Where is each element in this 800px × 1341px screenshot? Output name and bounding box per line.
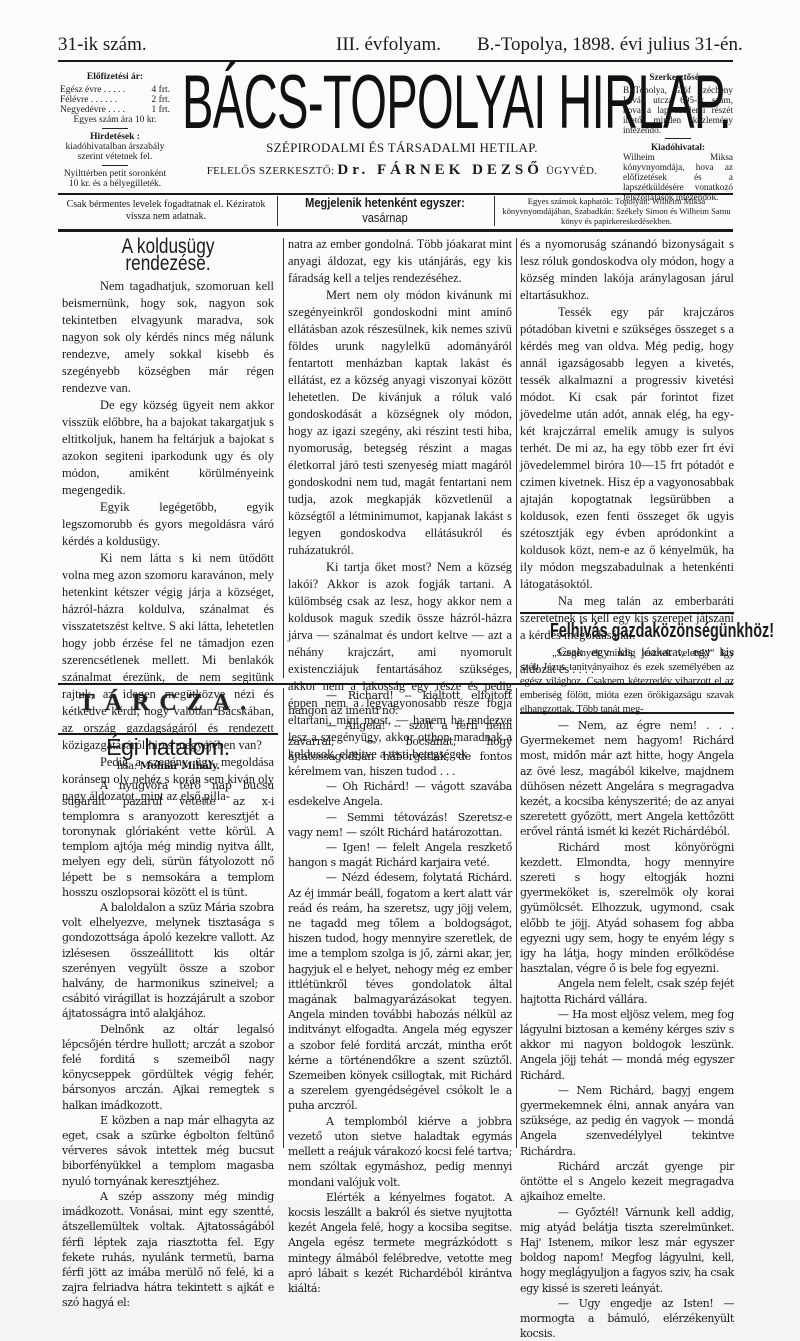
subscription-box: Előfizetési ár: Egész évre . . . . .4 fr… [60, 72, 170, 189]
masthead-title: BÁCS-TOPOLYAI HIRLAP. [182, 68, 449, 138]
story-paragraph: Angela nem felelt, csak szép fejét hajto… [520, 976, 734, 1006]
frequency-day: vasárnap [296, 210, 475, 225]
story-paragraph: A szép asszony még mindig imádkozott. Vo… [62, 1189, 274, 1200]
article-paragraph: Egyik legégetőbb, egyik legszomorubb és … [62, 499, 274, 550]
editor-title: ÜGYVÉD. [546, 165, 597, 177]
story-paragraph: — Nézd édesem, folytatá Richárd. Az éj i… [288, 870, 512, 1113]
publisher-title: Kiadóhivatal: [623, 142, 733, 152]
newspaper-page: 31-ik szám. III. évfolyam. B.-Topolya, 1… [0, 0, 800, 1200]
story-paragraph: — Oh Richárd! — vágott szavába esdekelve… [288, 779, 512, 809]
volume: III. évfolyam. [336, 34, 441, 56]
byline: Irta: Molnár Mihály. [62, 759, 274, 774]
fee-label: Negyedévre . . . . [60, 105, 125, 115]
fee-row: Félévre . . . . . .2 frt. [60, 95, 170, 105]
article-column-1: A koldusügy rendezése. Nem tagadhatjuk, … [62, 238, 274, 805]
editorial-text: B.-Topolya, Gróf Szécheny István utcza 6… [623, 85, 733, 135]
feuilleton-top-rule [58, 683, 733, 685]
story-paragraph: — Semmi tétovázás! Szeretsz-e vagy nem! … [288, 810, 512, 840]
editorial-title: Szerkesztőség: [623, 72, 733, 82]
article-paragraph: Mert nem oly módon kivánunk mi szegényei… [288, 287, 512, 559]
fee-price: 1 frt. [152, 105, 170, 115]
column-divider [516, 688, 517, 1148]
date-place: B.-Topolya, 1898. évi julius 31-én. [477, 34, 743, 56]
fee-label: Félévre . . . . . . [60, 95, 117, 105]
story-paragraph: — Nem, az égre nem! . . . Gyermekemet ne… [520, 718, 734, 840]
editor-label: FELELŐS SZERKESZTŐ: [207, 165, 335, 177]
byline-label: Irta: [117, 761, 137, 772]
column-divider [283, 688, 284, 1148]
feuilleton-column-3: — Nem, az égre nem! . . . Gyermekemet ne… [520, 718, 734, 1200]
story-paragraph: — Richard! -- kiáltott elfojtott hangon … [288, 688, 512, 718]
issue-number: 31-ik szám. [58, 34, 147, 56]
story-paragraph: Richárd arczát gyenge pir öntötte el s A… [520, 1159, 734, 1200]
article-paragraph: és a nyomoruság szánandó bizonyságait s … [520, 236, 734, 304]
single-copy-price: Egyes szám ára 10 kr. [60, 115, 170, 125]
appeal-section: Felhivás gazdaközönségünkhöz! „Szegények… [520, 620, 734, 717]
info-sales: Egyes számok kaphatók: Topolyán: Wilheim… [500, 196, 733, 226]
byline-author: Molnár Mihály. [140, 761, 220, 772]
feuilleton-section-title: TÁRCZA. [60, 690, 275, 717]
editor-line: FELELŐS SZERKESZTŐ: Dr. FÁRNEK DEZSŐ ÜGY… [182, 162, 622, 179]
story-paragraph: A templomból kiérve a jobbra vezető uton… [288, 1114, 512, 1190]
fee-price: 2 frt. [152, 95, 170, 105]
story-paragraph: Elérték a kényelmes fogatot. A kocsis le… [288, 1190, 512, 1200]
info-divider [494, 196, 495, 226]
divider [102, 165, 128, 166]
info-divider [277, 196, 278, 226]
story-paragraph: E közben a nap már elhagyta az eget, csa… [62, 1113, 274, 1189]
story-paragraph: Richárd most könyörögni kezdett. Elmondt… [520, 840, 734, 977]
appeal-text: „Szegények mindig lesznek veletek!“ Igy … [520, 647, 734, 717]
divider [665, 138, 691, 139]
subscription-title: Előfizetési ár: [60, 72, 170, 82]
appeal-title: Felhivás gazdaközönségünkhöz! [550, 620, 704, 643]
article-paragraph: De egy község ügyeit nem akkor visszük e… [62, 397, 274, 499]
article-paragraph: Ki nem látta s ki nem ütődött volna meg … [62, 550, 274, 754]
article-title: A koldusügy rendezése. [81, 238, 255, 272]
info-strip-bottom-rule [58, 229, 733, 232]
open-space-text: Nyilttérben petit soronként 10 kr. és a … [60, 169, 170, 189]
appeal-bottom-rule [520, 712, 734, 714]
appeal-top-rule [520, 612, 734, 614]
editorial-office-box: Szerkesztőség: B.-Topolya, Gróf Szécheny… [623, 72, 733, 202]
info-frequency: Megjelenik hetenként egyszer: vasárnap [280, 195, 490, 225]
story-paragraph: — Angela! -- szólt a férfi némi zavarral… [288, 718, 512, 779]
article-paragraph: Nem tagadhatjuk, szomoruan kell beismern… [62, 278, 274, 397]
story-paragraph: — Nem Richárd, bagyj engem gyermekemnek … [520, 1083, 734, 1159]
story-paragraph: A baloldalon a szüz Mária szobra volt el… [62, 900, 274, 1022]
masthead-subtitle: SZÉPIRODALMI ÉS TÁRSADALMI HETILAP. [182, 140, 622, 156]
article-paragraph: Tessék egy pár krajczáros pótadóban kive… [520, 304, 734, 593]
column-divider [283, 238, 284, 678]
info-letters: Csak bérmentes levelek fogadtatnak el. K… [58, 196, 274, 223]
article-paragraph: natra az ember gondolná. Több jóakarat m… [288, 236, 512, 287]
frequency-line: Megjelenik hetenként egyszer: [296, 195, 475, 210]
story-paragraph: Delnőnk az oltár legalsó lépcsőjén térdr… [62, 1022, 274, 1113]
story-paragraph: — Igen! — felelt Angela reszkető hangon … [288, 840, 512, 870]
ads-title: Hirdetések : [60, 132, 170, 142]
story-paragraph: A nyugvóra térő nap bucsu sugarait pazar… [62, 778, 274, 900]
story-title: Égi hatalom. [62, 740, 274, 755]
feuilleton-column-1: Égi hatalom. Irta: Molnár Mihály. A nyug… [62, 738, 274, 1200]
story-paragraph: — Ha most eljösz velem, meg fog lágyulni… [520, 1007, 734, 1083]
fee-price: 4 frt. [152, 85, 170, 95]
fee-label: Egész évre . . . . . [60, 85, 125, 95]
editor-name: Dr. FÁRNEK DEZSŐ [337, 162, 543, 178]
column-divider [516, 238, 517, 678]
divider [102, 128, 128, 129]
fee-row: Negyedévre . . . .1 frt. [60, 105, 170, 115]
feuilleton-column-2: — Richard! -- kiáltott elfojtott hangon … [288, 688, 512, 1200]
fee-row: Egész évre . . . . .4 frt. [60, 85, 170, 95]
ads-text: kiadóhivatalban árszabály szerint vétetn… [60, 142, 170, 162]
